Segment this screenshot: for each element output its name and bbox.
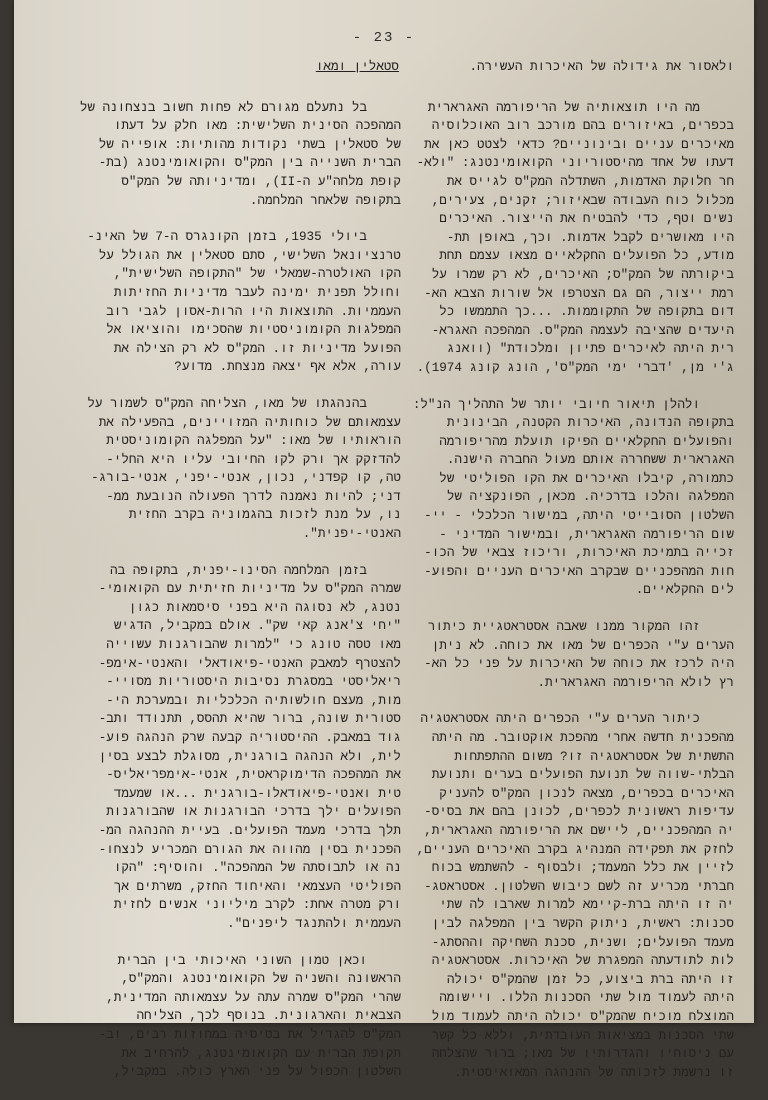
text-line: בזמן המלחמה הסינו-יפנית, בתקופה בה (66, 562, 401, 581)
text-line: חברתי מכריע זה לשם כיבוש השלטון. אסטראטג… (394, 878, 734, 897)
text-line: מודע, כל הפועלים החקלאיים מצאו עצמם תחת (394, 247, 734, 266)
text-line: רית היתה לאיכרים פתיון ומלכודת" (וואנג (394, 340, 734, 359)
text-line: להצטרף למאבק האנטי-פיאודאלי והאנטי-אימפ- (66, 655, 401, 674)
text-line: הברית השנייה בין המק"ס והקואומינטנג (בת- (66, 154, 401, 173)
text-line: נטנג, לא נסוגה היא בפני סיסמאות כגון (66, 599, 401, 618)
text-line: העממיות. התוצאות היו הרות-אסון לגבי רוב (66, 303, 401, 322)
text-line: לית, ולא הנהגה בורגנית, מסוגלת לבצע בסין (66, 748, 401, 767)
text-line: הצבאית והארגונית. בנוסף לכך, הצליחה (66, 1007, 401, 1023)
text-line: חות המהפכניים שבקרב האיכרים העניים והפוע… (394, 563, 734, 582)
text-line: הפכנית בסין מהווה את הגורם המכריע לנצחו- (66, 841, 401, 860)
text-line: בכפרים, באיזורים בהם מורכב רוב האוכלוסיה (394, 117, 734, 136)
text-line: להדזקק אך ורק לקו החיובי עליו היא החלי- (66, 451, 401, 470)
text-line: לחזק את תפקידה המנהיג בקרב האיכרים העניי… (394, 841, 734, 860)
scanned-page: - 23 - ולאסור את גידולה של האיכרות העשיר… (14, 0, 754, 1023)
text-line: וכאן טמון השוני האיכותי בין הברית (66, 952, 401, 971)
text-line: דני; להיות נאמנה לדרך הפעולה הנובעת ממ- (66, 488, 401, 507)
text-line: זו היתה ברת ביצוע, כל זמן שהמק"ס יכולה (394, 971, 734, 990)
text-line: שמרה המק"ס על מדיניות חזיתית עם הקואומי- (66, 580, 401, 599)
text-line: האגרארית ששחררה אותם מעול החברה הישנה. (394, 451, 734, 470)
text-line: סטורית שונה, ברור שהיא תהסס, תתנודד ותב- (66, 710, 401, 729)
paragraph: ולהלן תיאור חיובי יותר של התהליך הנ"ל:בת… (394, 396, 734, 601)
text-line: העממית ולהתנגד ליפנים". (66, 915, 401, 934)
text-line: את המהפכה הדימוקראטית, אנטי-אימפריאליס- (66, 766, 401, 785)
text-line: גוד במאבק. ההיסטוריה קבעה שרק הנהגה פוע- (66, 729, 401, 748)
text-line: לים החקלאיים. (394, 581, 734, 600)
text-line: ולהלן תיאור חיובי יותר של התהליך הנ"ל: (394, 396, 734, 415)
text-line: סכנות: ראשית, ניתוק הקשר בין המפלגה לבין (394, 915, 734, 934)
text-line: היה לרכז את כוחה של האיכרות על פני כל הא… (394, 655, 734, 674)
text-line: היעדים שהציבה לעצמה המק"ס. המהפכה האגרא- (394, 322, 734, 341)
text-line: ורק מטרה אחת: לקרב מיליוני אנשים לחזית (66, 896, 401, 915)
text-line: ביולי 1935, בזמן הקונגרס ה-7 של האינ- (66, 228, 401, 247)
text-line: הוראותיו של מאו: "על המפלגה הקומוניסטית (66, 432, 401, 451)
text-line: דום בתקופה של התקוממות. ...כך התממשו כל (394, 303, 734, 322)
right-column-body: מה היו תוצאותיה של הריפורמה האגראריתבכפר… (394, 99, 734, 1023)
paragraph: ביולי 1935, בזמן הקונגרס ה-7 של האינ-טרנ… (66, 228, 401, 377)
text-line: תלך בדרכי מעמד הפועלים. בעיית ההנהגה המ- (66, 822, 401, 841)
text-line: הערים ע"י הכפרים של מאו את כוחה. לא ניתן (394, 637, 734, 656)
text-line: ג'י מן, 'דברי ימי המק"ס', הונג קונג 1974… (394, 359, 734, 378)
text-line: הקו האולטרה-שמאלי של "התקופה השלישית", (66, 265, 401, 284)
text-line: יה זו היתה ברת-קיימא למרות שארבו לה שתי (394, 896, 734, 915)
text-line: התשתית של אסטראטגיה זו? משום ההתפתחות (394, 748, 734, 767)
text-line: "יחי צ'אנג קאי שק". אולם במקביל, הדגיש (66, 617, 401, 636)
text-line: בל נתעלם מגורם לא פחות חשוב בנצחונה של (66, 99, 401, 118)
paragraph: בזמן המלחמה הסינו-יפנית, בתקופה בהשמרה ה… (66, 562, 401, 934)
right-column: ולאסור את גידולה של האיכרות העשירה. מה ה… (394, 58, 734, 1023)
text-line: קופת מלחה"ע ה-II), ומדיניותה של המק"ס (66, 173, 401, 192)
text-line: הפוליטי העצמאי והאיחוד החזק, משרתים אך (66, 878, 401, 897)
text-line: עדיפות ראשונית לכפרים, לכונן בהם את בסיס… (394, 803, 734, 822)
text-line: השלטון הסובייטי היתה, במישור הכלכלי - יי… (394, 507, 734, 526)
text-line: נשים וטף, כדי להבטיח את הייצור. האיכרים (394, 210, 734, 229)
text-line: מה היו תוצאותיה של הריפורמה האגרארית (394, 99, 734, 118)
text-line: טרנציונאל השלישי, סתם סטאלין את הגולל על (66, 247, 401, 266)
text-line: נו, על מנת לזכות בהגמוניה בקרב החזית (66, 506, 401, 525)
text-line: המפלגות הקומוניסטיות שהסכימו והוציאו אל (66, 321, 401, 340)
page-number: - 23 - (14, 30, 754, 46)
text-line: זכייה בתמיכת האיכרות, וריכוז צבאי של הכו… (394, 544, 734, 563)
text-line: מאו טסה טונג כי "למרות שהבורגנות עשוייה (66, 636, 401, 655)
text-line: לות לתודעתה המפגרת של האיכרות. אסטראטגיה (394, 952, 734, 971)
text-line: הפועלים ילך בדרכי הבורגנות או שהבורגנות (66, 803, 401, 822)
text-line: עורה, אלא אף יצאה מנצחת. מדוע? (66, 358, 401, 377)
text-line: הבלתי-שווה של תנועת הפועלים בערים ותנועת (394, 766, 734, 785)
left-column: סטאלין ומאו בל נתעלם מגורם לא פחות חשוב … (66, 58, 401, 1023)
text-line: יה המהפכניים, ליישם את הריפורמה האגרארית… (394, 822, 734, 841)
text-line: מאיכרים עניים ובינוניים? כדאי לצטט כאן א… (394, 136, 734, 155)
text-line: חר חלוקת האדמות, השתדלה המק"ס לגייס את (394, 173, 734, 192)
text-line: מעמד הפועלים; ושנית, סכנת השחיקה וההסתג- (394, 934, 734, 953)
text-line: ריאליסטי במסגרת נסיבות היסטוריות מסויי- (66, 673, 401, 692)
text-line: האיכרים בכפרים, מצאה לנכון המק"ס להעניק (394, 785, 734, 804)
text-line: המהפכה הסינית השלישית: מאו חלק על דעתו (66, 117, 401, 136)
paragraph: זהו המקור ממנו שאבה אסטראטגיית כיתורהערי… (394, 618, 734, 692)
paragraph: וכאן טמון השוני האיכותי בין הבריתהראשונה… (66, 952, 401, 1023)
text-line: מות, מעצם חולשותיה הכלכליות ובמערכת הי- (66, 692, 401, 711)
paragraph: בהנהגתו של מאו, הצליחה המק"ס לשמור עלעצמ… (66, 395, 401, 544)
text-line: המוצלח מוכיח שהמק"ס יכולה היתה לעמוד מול (394, 1008, 734, 1023)
text-line: טית ואנטי-פיאודאלו-בורגנית ...או שמעמד (66, 785, 401, 804)
text-line: היו מאושרים לקבל אדמות. וכך, באופן תת- (394, 229, 734, 248)
running-header: סטאלין ומאו (66, 58, 399, 77)
text-line: האנטי-יפנית". (66, 525, 401, 544)
text-line: וחולל תפנית ימינה לעבר מדיניות החזיתות (66, 284, 401, 303)
text-line: הראשונה והשניה של הקואומינטנג והמק"ס, (66, 970, 401, 989)
paragraph: בל נתעלם מגורם לא פחות חשוב בנצחונה שלהמ… (66, 99, 401, 211)
text-line: כתמורה, קיבלו האיכרים את הקו הפוליטי של (394, 470, 734, 489)
text-line: ביקורתה של המק"ס; האיכרים, לא רק שמרו על (394, 266, 734, 285)
text-line: רמת ייצור, הם גם הצטרפו אל שורות הצבא הא… (394, 285, 734, 304)
text-line: של סטאלין בשתי נקודות מהותיות: אופייה של (66, 136, 401, 155)
left-column-body: בל נתעלם מגורם לא פחות חשוב בנצחונה שלהמ… (66, 99, 401, 1023)
text-line: רץ לולא הריפורמה האגרארית. (394, 674, 734, 693)
opening-line: ולאסור את גידולה של האיכרות העשירה. (394, 58, 734, 77)
text-line: מהפכנית חדשה אחרי מהפכת אוקטובר. מה היתה (394, 729, 734, 748)
text-line: בתקופה שלאחר המלחמה. (66, 192, 401, 211)
text-line: הפועל מדיניות זו. המק"ס לא רק הצילה את (66, 340, 401, 359)
paragraph: מה היו תוצאותיה של הריפורמה האגראריתבכפר… (394, 99, 734, 378)
paragraph: כיתור הערים ע"י הכפרים היתה אסטראטגיהמהפ… (394, 710, 734, 1023)
text-line: עצמאותם של כוחותיה המזויינים, בהפעילה את (66, 414, 401, 433)
text-line: לזיין את כלל המעמד; ולבסוף - להשתמש בכוח (394, 859, 734, 878)
text-line: והפועלים החקלאיים הפיקו תועלת מהריפורמה (394, 433, 734, 452)
text-line: טה, קו קפדני, נכון, אנטי-יפני, אנטי-בורג… (66, 469, 401, 488)
text-line: שהרי המק"ס שמרה עתה על עצמאותה המדינית, (66, 989, 401, 1008)
text-line: מכלול כוח העבודה שבאיזור; זקנים, צעירים, (394, 192, 734, 211)
text-line: דעתו של אחד מהיסטוריוני הקואומינטנג: "ול… (394, 154, 734, 173)
text-line: זהו המקור ממנו שאבה אסטראטגיית כיתור (394, 618, 734, 637)
text-line: בתקופה הנדונה, האיכרות הקטנה, הבינונית (394, 414, 734, 433)
text-line: בהנהגתו של מאו, הצליחה המק"ס לשמור על (66, 395, 401, 414)
text-line: כיתור הערים ע"י הכפרים היתה אסטראטגיה (394, 710, 734, 729)
text-line: המפלגה והלכו בדרכיה. מכאן, הפונקציה של (394, 488, 734, 507)
text-line: שום הריפורמה האגרארית, ובמישור המדיני - (394, 526, 734, 545)
text-line: היתה לעמוד מול שתי הסכנות הללו. ויישומה (394, 989, 734, 1008)
text-line: נה או לתבוסתה של המהפכה". והוסיף: "הקו (66, 859, 401, 878)
